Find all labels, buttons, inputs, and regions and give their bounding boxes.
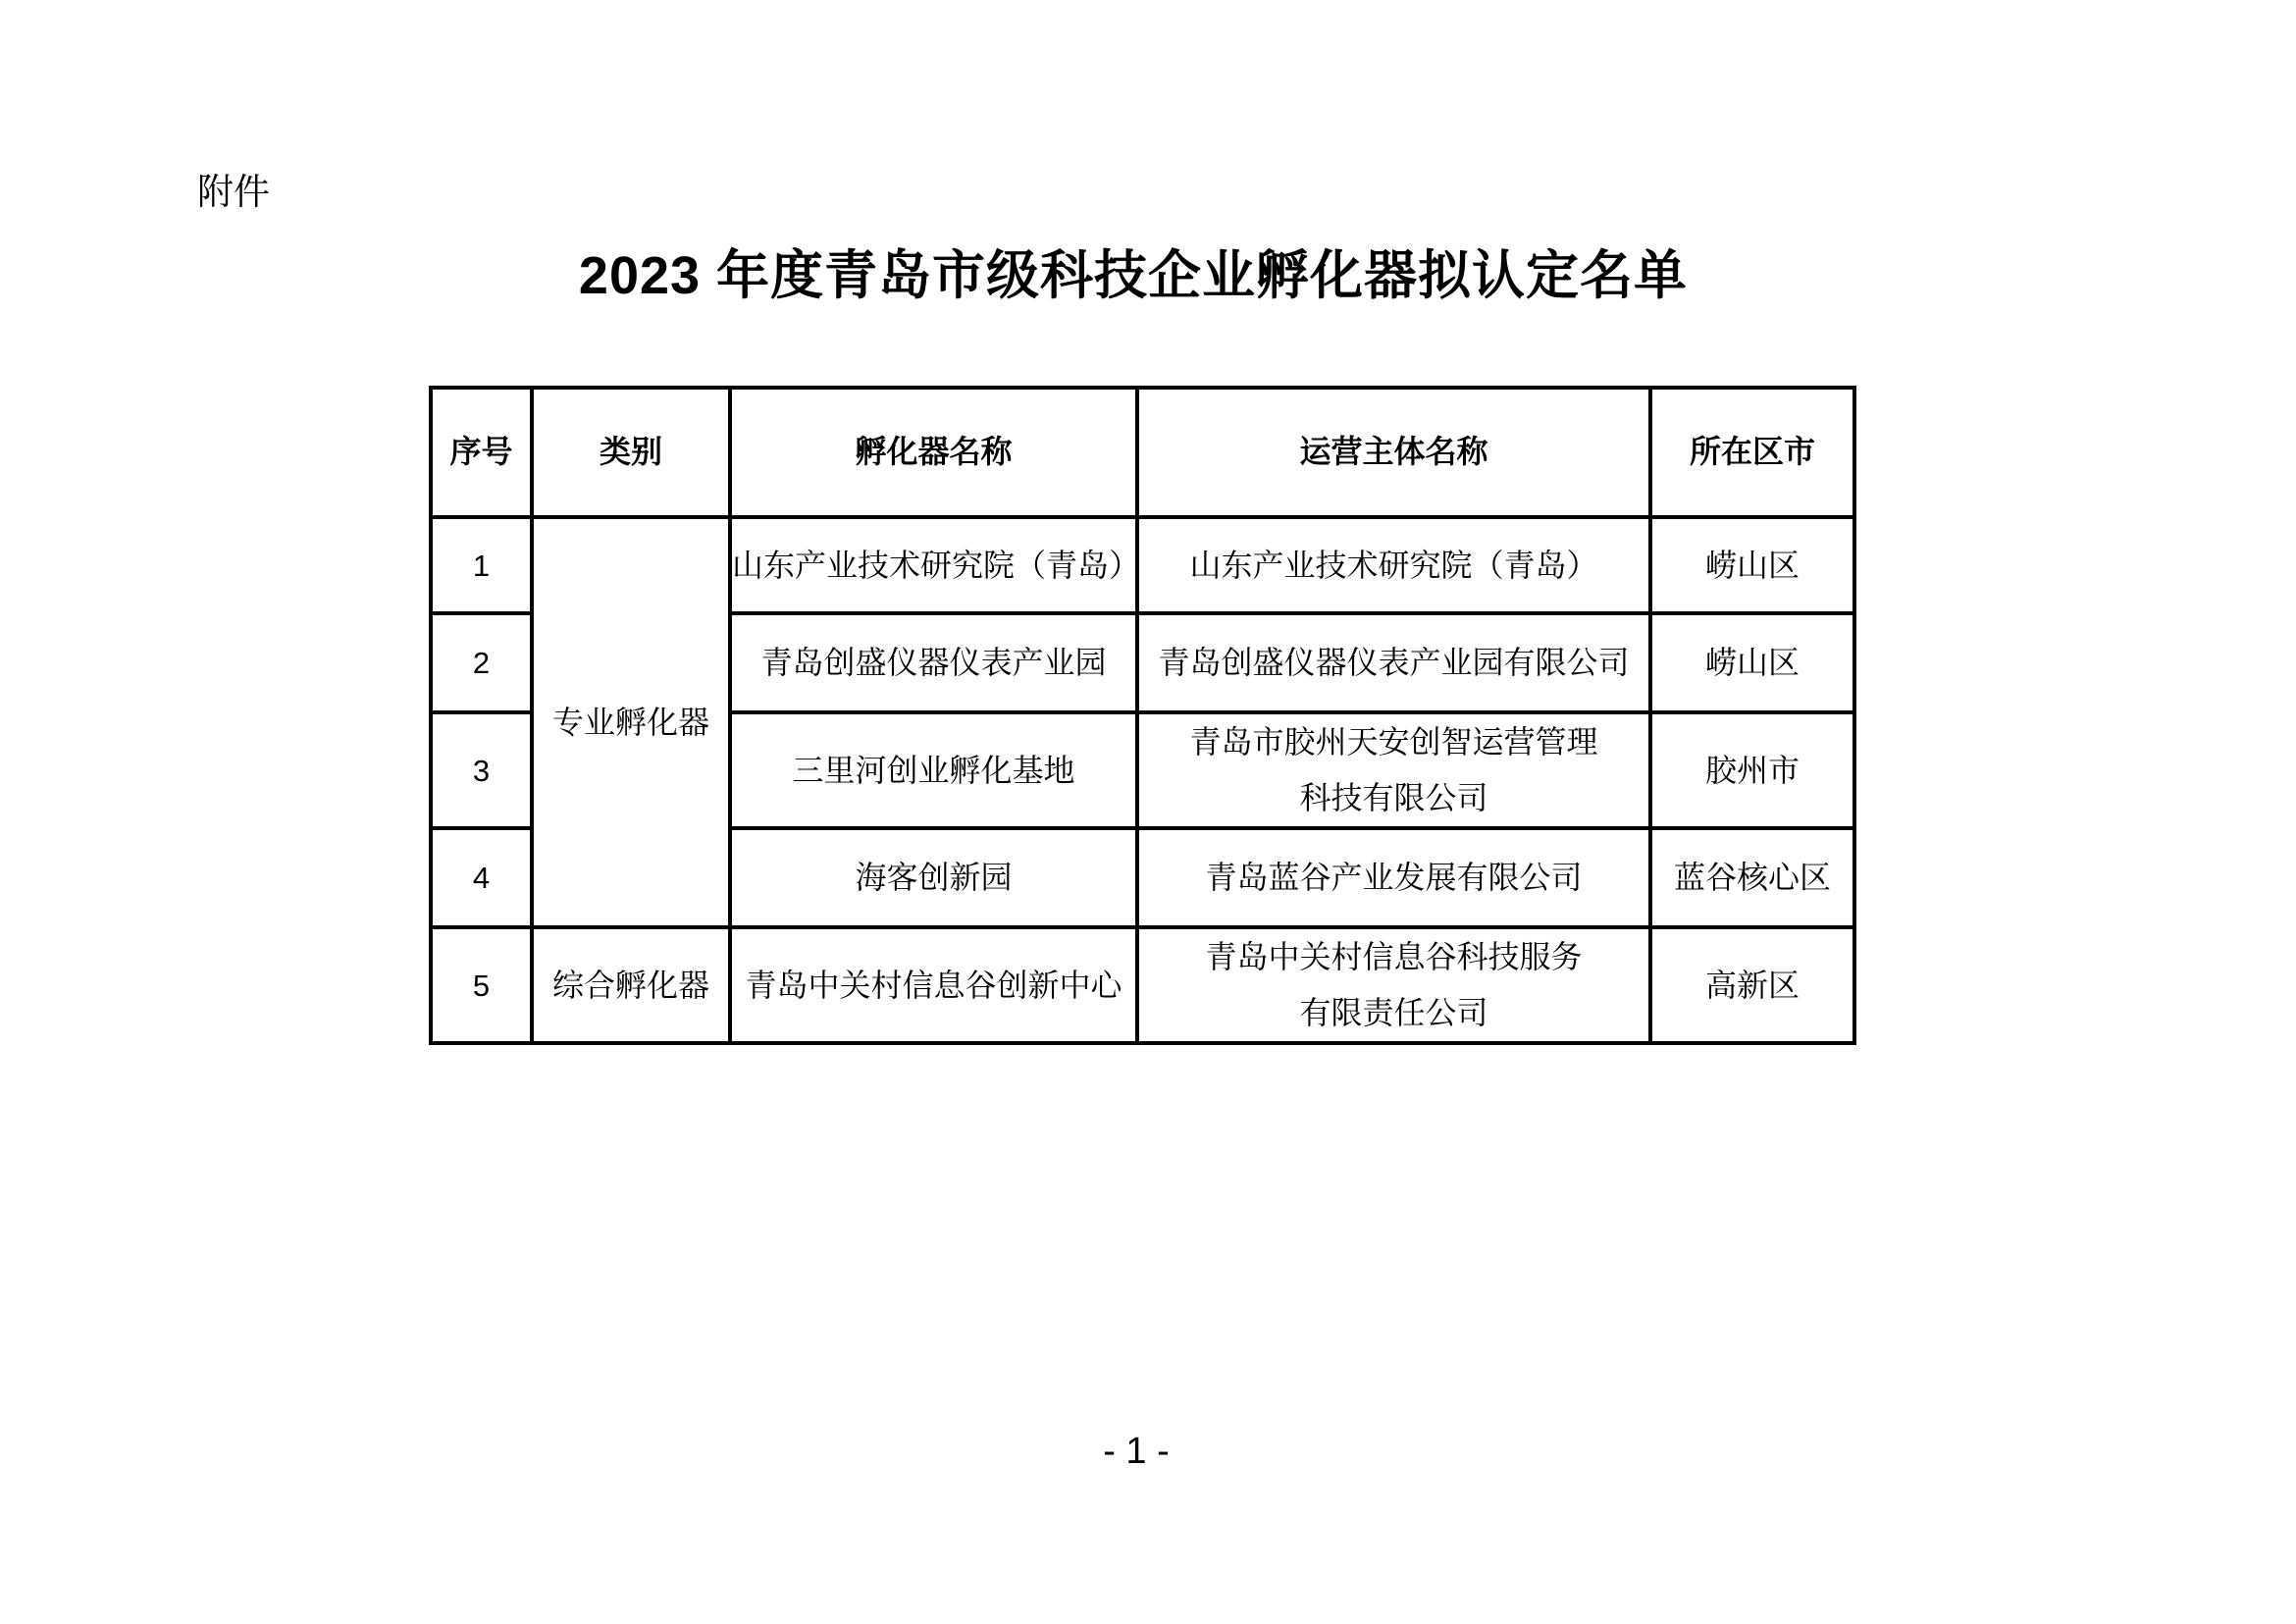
cell-incubator: 青岛创盛仪器仪表产业园 bbox=[730, 613, 1137, 712]
cell-incubator: 青岛中关村信息谷创新中心 bbox=[730, 927, 1137, 1043]
cell-incubator: 三里河创业孵化基地 bbox=[730, 712, 1137, 828]
cell-operator: 青岛创盛仪器仪表产业园有限公司 bbox=[1137, 613, 1650, 712]
cell-operator: 山东产业技术研究院（青岛） bbox=[1137, 517, 1650, 613]
cell-incubator: 海客创新园 bbox=[730, 828, 1137, 927]
cell-no: 1 bbox=[431, 517, 532, 613]
document-title: 2023 年度青岛市级科技企业孵化器拟认定名单 bbox=[579, 234, 1688, 309]
cell-no: 4 bbox=[431, 828, 532, 927]
table-header-row: 序号 类别 孵化器名称 运营主体名称 所在区市 bbox=[431, 388, 1854, 517]
column-header-incubator-name: 孵化器名称 bbox=[730, 388, 1137, 517]
table-row: 1 专业孵化器 山东产业技术研究院（青岛） 山东产业技术研究院（青岛） 崂山区 bbox=[431, 517, 1854, 613]
cell-district: 蓝谷核心区 bbox=[1650, 828, 1854, 927]
cell-category-merged: 专业孵化器 bbox=[532, 517, 730, 927]
cell-district: 崂山区 bbox=[1650, 613, 1854, 712]
cell-operator: 青岛中关村信息谷科技服务 有限责任公司 bbox=[1137, 927, 1650, 1043]
attachment-label: 附件 bbox=[197, 171, 270, 214]
page-number: - 1 - bbox=[0, 1431, 2272, 1473]
table-row: 5 综合孵化器 青岛中关村信息谷创新中心 青岛中关村信息谷科技服务 有限责任公司… bbox=[431, 927, 1854, 1043]
column-header-category: 类别 bbox=[532, 388, 730, 517]
cell-no: 2 bbox=[431, 613, 532, 712]
column-header-no: 序号 bbox=[431, 388, 532, 517]
cell-category: 综合孵化器 bbox=[532, 927, 730, 1043]
incubator-table: 序号 类别 孵化器名称 运营主体名称 所在区市 1 专业孵化器 山东产业技术研究… bbox=[429, 386, 1856, 1045]
cell-district: 胶州市 bbox=[1650, 712, 1854, 828]
document-page: { "doc": { "attachment_label": "附件", "ti… bbox=[0, 0, 2296, 1624]
cell-district: 高新区 bbox=[1650, 927, 1854, 1043]
column-header-operator-name: 运营主体名称 bbox=[1137, 388, 1650, 517]
cell-no: 3 bbox=[431, 712, 532, 828]
title-row: 2023 年度青岛市级科技企业孵化器拟认定名单 bbox=[0, 234, 2267, 309]
cell-incubator: 山东产业技术研究院（青岛） bbox=[730, 517, 1137, 613]
cell-district: 崂山区 bbox=[1650, 517, 1854, 613]
cell-operator: 青岛蓝谷产业发展有限公司 bbox=[1137, 828, 1650, 927]
cell-operator: 青岛市胶州天安创智运营管理 科技有限公司 bbox=[1137, 712, 1650, 828]
cell-no: 5 bbox=[431, 927, 532, 1043]
column-header-district: 所在区市 bbox=[1650, 388, 1854, 517]
